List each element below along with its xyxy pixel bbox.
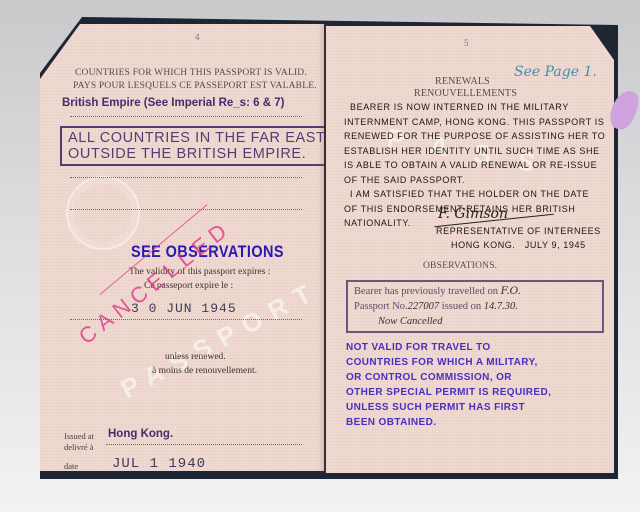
passport-page-5: P A S S 5 See Page 1. RENEWALS RENOUVELL… xyxy=(326,26,614,473)
embossed-seal xyxy=(66,176,140,250)
not-valid-stamp: NOT VALID FOR TRAVEL TO COUNTRIES FOR WH… xyxy=(346,340,582,430)
unless-renewed-fr: à moins de renouvellement. xyxy=(152,366,257,376)
passport-page-4: PASSPORT 4 COUNTRIES FOR WHICH THIS PASS… xyxy=(40,24,324,471)
valid-countries-heading-en: COUNTRIES FOR WHICH THIS PASSPORT IS VAL… xyxy=(75,68,307,78)
observations-heading: OBSERVATIONS. xyxy=(423,261,497,271)
unless-renewed-en: unless renewed. xyxy=(165,352,226,362)
signatory-place-date: Hong Kong. July 9, 1945 xyxy=(451,238,586,253)
previous-passport-stamp: Bearer has previously travelled on F.O. … xyxy=(346,280,604,333)
page-number: 5 xyxy=(464,38,469,48)
issue-date: JUL 1 1940 xyxy=(112,456,206,472)
signatory-title: Representative of Internees xyxy=(436,224,601,239)
see-page-annotation: See Page 1. xyxy=(514,64,597,80)
renewals-heading-en: RENEWALS xyxy=(435,76,490,87)
issued-at-value: Hong Kong. xyxy=(108,428,173,440)
valid-countries-heading-fr: PAYS POUR LESQUELS CE PASSEPORT EST VALA… xyxy=(73,81,317,91)
page-number: 4 xyxy=(195,32,200,42)
renewals-heading-fr: RENOUVELLEMENTS xyxy=(414,88,517,99)
far-east-stamp: ALL COUNTRIES IN THE FAR EAST OUTSIDE TH… xyxy=(60,126,334,166)
british-empire-entry: British Empire (See Imperial Re_s: 6 & 7… xyxy=(62,97,284,109)
issued-at-label: Issued at delivré à xyxy=(64,431,94,453)
